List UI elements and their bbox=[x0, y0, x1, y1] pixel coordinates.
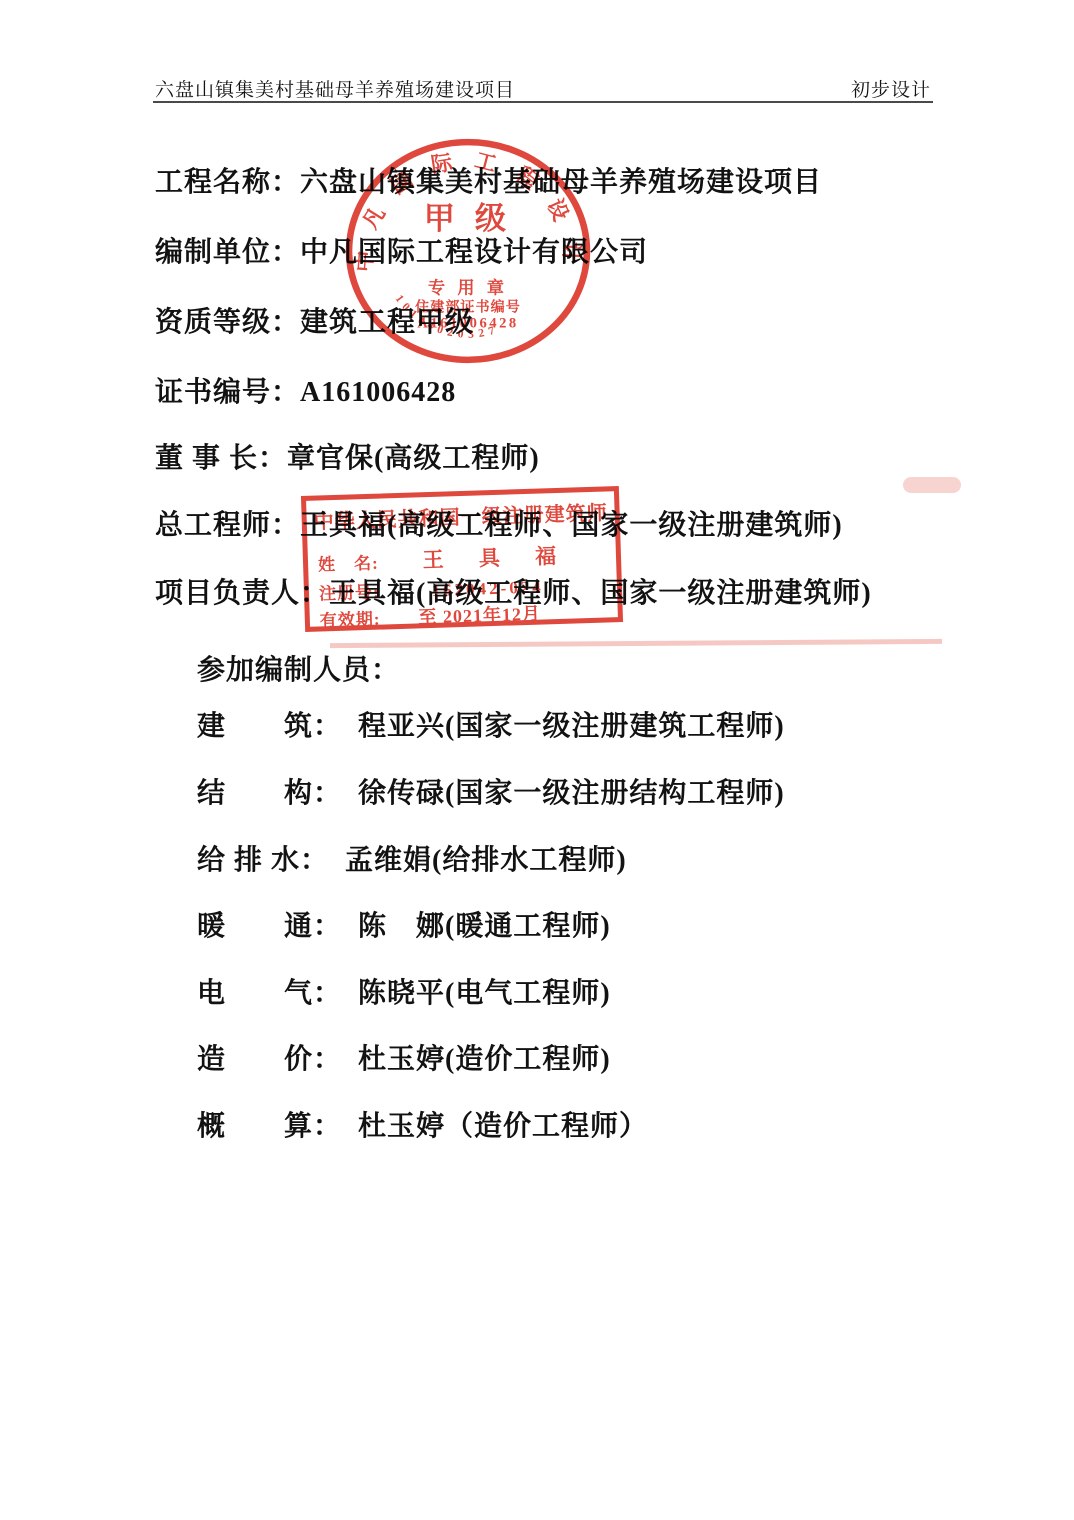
page-header: 六盘山镇集美村基础母羊养殖场建设项目 初步设计 bbox=[155, 75, 931, 102]
field-chairman: 董 事 长：章官保(高级工程师) bbox=[155, 444, 540, 475]
participant-value: 杜玉婷（造价工程师） bbox=[358, 1111, 648, 1142]
document-page: 六盘山镇集美村基础母羊养殖场建设项目 初步设计 工程名称：六盘山镇集美村基础母羊… bbox=[0, 0, 1074, 1520]
participant-row-structure: 结 构：徐传碌(国家一级注册结构工程师) bbox=[197, 779, 785, 810]
header-doc-type: 初步设计 bbox=[851, 75, 931, 102]
field-value: A161006428 bbox=[300, 377, 456, 408]
participants-title: 参加编制人员： bbox=[197, 648, 400, 688]
participant-row-hvac: 暖 通：陈 娜(暖通工程师) bbox=[197, 912, 611, 943]
participant-label: 造 价： bbox=[197, 1044, 342, 1075]
field-label: 工程名称： bbox=[155, 167, 300, 198]
header-rule bbox=[153, 101, 933, 103]
stamp-reg-label: 注册号: bbox=[319, 583, 380, 604]
company-seal-stamp: 中凡国际工程设计有限公司 甲 级 专 用 章 住建部证书编号 A16100642… bbox=[342, 136, 594, 368]
participant-row-estimate: 概 算：杜玉婷（造价工程师） bbox=[197, 1112, 648, 1143]
participant-label: 建 筑： bbox=[197, 711, 342, 742]
participant-row-electrical: 电 气：陈晓平(电气工程师) bbox=[197, 979, 611, 1010]
participant-value: 杜玉婷(造价工程师) bbox=[358, 1044, 611, 1075]
architect-registration-stamp: 中华人民共和国一级注册建筑师 姓 名:王 具 福 注册号:162042-024 … bbox=[301, 486, 623, 632]
seal-cert-label: 住建部证书编号 bbox=[415, 298, 521, 315]
participant-value: 徐传碌(国家一级注册结构工程师) bbox=[358, 778, 785, 809]
participant-label: 结 构： bbox=[197, 778, 342, 809]
seal-type-text: 专 用 章 bbox=[428, 277, 508, 297]
stamp-name-value: 王 具 福 bbox=[422, 544, 571, 573]
seal-grade-text: 甲 级 bbox=[424, 201, 512, 236]
round-seal-graphic: 中凡国际工程设计有限公司 甲 级 专 用 章 住建部证书编号 A16100642… bbox=[342, 136, 594, 368]
field-label: 董 事 长： bbox=[155, 443, 287, 474]
stamp-valid-row: 有效期:至 2021年12月 bbox=[319, 600, 541, 633]
participant-row-plumbing: 给 排 水：孟维娟(给排水工程师) bbox=[197, 846, 627, 877]
participant-value: 陈 娜(暖通工程师) bbox=[358, 911, 611, 942]
field-label: 编制单位： bbox=[155, 237, 300, 268]
participant-value: 陈晓平(电气工程师) bbox=[358, 978, 611, 1009]
participant-label: 给 排 水： bbox=[197, 845, 329, 876]
stamp-reg-value: 162042-024 bbox=[431, 577, 544, 600]
participant-label: 电 气： bbox=[197, 978, 342, 1009]
participant-row-architecture: 建 筑：程亚兴(国家一级注册建筑工程师) bbox=[197, 712, 785, 743]
field-label: 证书编号： bbox=[155, 377, 300, 408]
field-certificate-no: 证书编号：A161006428 bbox=[155, 378, 456, 409]
stamp-valid-value: 至 2021年12月 bbox=[418, 604, 541, 628]
participant-value: 程亚兴(国家一级注册建筑工程师) bbox=[358, 711, 785, 742]
stamp-ghost-line bbox=[330, 639, 942, 648]
header-project-title: 六盘山镇集美村基础母羊养殖场建设项目 bbox=[155, 75, 515, 102]
field-value: 章官保(高级工程师) bbox=[287, 443, 540, 474]
stamp-title: 中华人民共和国一级注册建筑师 bbox=[306, 496, 615, 535]
stamp-valid-label: 有效期: bbox=[320, 610, 381, 631]
participant-value: 孟维娟(给排水工程师) bbox=[345, 845, 627, 876]
participant-label: 暖 通： bbox=[197, 911, 342, 942]
participant-label: 概 算： bbox=[197, 1111, 342, 1142]
field-label: 资质等级： bbox=[155, 307, 300, 338]
stamp-ghost-smudge bbox=[903, 477, 961, 493]
participant-row-cost: 造 价：杜玉婷(造价工程师) bbox=[197, 1045, 611, 1076]
field-label: 总工程师： bbox=[155, 510, 300, 541]
stamp-name-label: 姓 名: bbox=[318, 554, 379, 575]
